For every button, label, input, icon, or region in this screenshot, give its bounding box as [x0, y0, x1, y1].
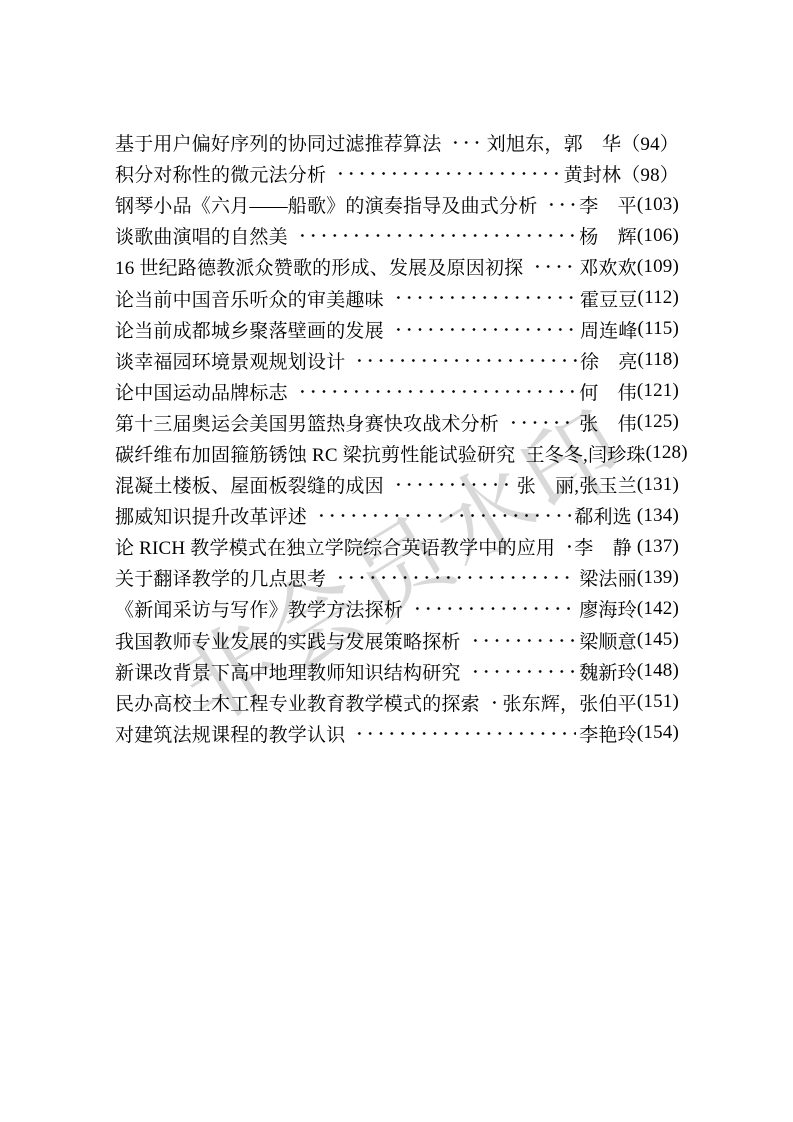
entry-title: 新课改背景下高中地理教师知识结构研究 [115, 658, 461, 685]
entry-page-number: (134) [632, 505, 679, 527]
entry-authors: 霍豆豆 [580, 285, 638, 312]
dot-leader [391, 282, 577, 313]
entry-title: 论 RICH 教学模式在独立学院综合英语教学中的应用 [115, 533, 555, 560]
entry-title: 论当前中国音乐听众的审美趣味 [115, 285, 384, 312]
entry-authors: 王冬冬,闫珍珠 [525, 440, 645, 467]
entry-authors: 李 静 [574, 533, 632, 560]
entry-authors: 周连峰 [580, 316, 638, 343]
toc-entry: 16 世纪路德教派众赞歌的形成、发展及原因初探 邓欢欢 (109) [115, 251, 679, 282]
entry-page-number: (118) [638, 349, 679, 371]
entry-page-number: (112) [638, 287, 679, 309]
entry-authors: 刘旭东，郭 华 [487, 129, 621, 156]
entry-title: 积分对称性的微元法分析 [115, 160, 326, 187]
entry-page-number: (128) [646, 442, 688, 464]
toc-entry: 对建筑法规课程的教学认识 李艳玲 (154) [115, 718, 679, 749]
entry-page-number: (106) [637, 225, 679, 247]
toc-entry: 新课改背景下高中地理教师知识结构研究 魏新玲 (148) [115, 656, 679, 687]
toc-entry: 碳纤维布加固箍筋锈蚀 RC 梁抗剪性能试验研究 王冬冬,闫珍珠 (128) [115, 438, 679, 469]
document-page: 非会员水印 基于用户偏好序列的协同过滤推荐算法 刘旭东，郭 华 （94） 积分对… [0, 0, 793, 1122]
entry-authors: 李 平 [579, 191, 637, 218]
toc-entry: 基于用户偏好序列的协同过滤推荐算法 刘旭东，郭 华 （94） [115, 127, 679, 158]
dot-leader [468, 625, 577, 656]
entry-page-number: (142) [637, 598, 679, 620]
dot-leader [295, 376, 576, 407]
toc-entry: 论 RICH 教学模式在独立学院综合英语教学中的应用 李 静 (137) [115, 531, 679, 562]
entry-authors: 张 伟 [579, 409, 637, 436]
entry-title: 碳纤维布加固箍筋锈蚀 RC 梁抗剪性能试验研究 [115, 440, 515, 467]
entry-title: 关于翻译教学的几点思考 [115, 564, 326, 591]
toc-entry: 谈幸福园环境景观规划设计 徐 亮 (118) [115, 345, 679, 376]
entry-authors: 杨 辉 [579, 222, 637, 249]
entry-title: 第十三届奥运会美国男篮热身赛快攻战术分析 [115, 409, 499, 436]
entry-page-number: (125) [637, 411, 679, 433]
dot-leader [506, 407, 576, 438]
dot-leader [391, 314, 577, 345]
entry-title: 民办高校土木工程专业教育教学模式的探索 [115, 689, 480, 716]
dot-leader [391, 469, 514, 500]
entry-page-number: (139) [637, 567, 679, 589]
dot-leader [333, 158, 560, 189]
entry-page-number: (137) [632, 536, 679, 558]
dot-leader [314, 500, 571, 531]
entry-title: 论中国运动品牌标志 [115, 378, 288, 405]
dot-leader [562, 531, 571, 562]
entry-title: 对建筑法规课程的教学认识 [115, 720, 345, 747]
entry-authors: 魏新玲 [579, 658, 637, 685]
entry-page-number: (121) [637, 380, 679, 402]
entry-title: 《新闻采访与写作》教学方法探析 [115, 595, 403, 622]
toc-entry: 《新闻采访与写作》教学方法探析 廖海玲 (142) [115, 593, 679, 624]
entry-authors: 张 丽,张玉兰 [517, 471, 637, 498]
table-of-contents: 基于用户偏好序列的协同过滤推荐算法 刘旭东，郭 华 （94） 积分对称性的微元法… [115, 127, 679, 749]
entry-authors: 张东辉，张伯平 [502, 689, 636, 716]
toc-entry: 论当前中国音乐听众的审美趣味 霍豆豆 (112) [115, 282, 679, 313]
toc-entry: 关于翻译教学的几点思考 梁法丽 (139) [115, 562, 679, 593]
toc-entry: 积分对称性的微元法分析 黄封林 （98） [115, 158, 679, 189]
entry-page-number: (103) [637, 194, 679, 216]
entry-title: 钢琴小品《六月——船歌》的演奏指导及曲式分析 [115, 191, 537, 218]
dot-leader [487, 687, 500, 718]
toc-entry: 钢琴小品《六月——船歌》的演奏指导及曲式分析 李 平 (103) [115, 189, 679, 220]
entry-authors: 徐 亮 [580, 347, 638, 374]
entry-title: 混凝土楼板、屋面板裂缝的成因 [115, 471, 384, 498]
toc-entry: 挪威知识提升改革评述 郗利选 (134) [115, 500, 679, 531]
dot-leader [468, 656, 577, 687]
entry-title: 论当前成都城乡聚落壁画的发展 [115, 316, 384, 343]
entry-authors: 何 伟 [579, 378, 637, 405]
entry-authors: 廖海玲 [579, 595, 637, 622]
entry-authors: 邓欢欢 [579, 253, 637, 280]
entry-page-number: （98） [621, 160, 679, 187]
entry-title: 16 世纪路德教派众赞歌的形成、发展及原因初探 [115, 253, 523, 280]
entry-page-number: (115) [638, 318, 679, 340]
toc-entry: 民办高校土木工程专业教育教学模式的探索 张东辉，张伯平 (151) [115, 687, 679, 718]
dot-leader [530, 251, 576, 282]
entry-page-number: (151) [637, 691, 679, 713]
entry-title: 谈幸福园环境景观规划设计 [115, 347, 345, 374]
entry-title: 挪威知识提升改革评述 [115, 502, 307, 529]
entry-page-number: (131) [637, 474, 679, 496]
toc-entry: 我国教师专业发展的实践与发展策略探析 梁顺意 (145) [115, 625, 679, 656]
dot-leader [448, 127, 483, 158]
entry-authors: 黄封林 [564, 160, 622, 187]
dot-leader [544, 189, 576, 220]
entry-page-number: (109) [637, 256, 679, 278]
dot-leader [295, 220, 576, 251]
entry-page-number: (154) [637, 722, 679, 744]
entry-title: 谈歌曲演唱的自然美 [115, 222, 288, 249]
toc-entry: 谈歌曲演唱的自然美 杨 辉 (106) [115, 220, 679, 251]
entry-page-number: (145) [637, 629, 679, 651]
dot-leader [352, 718, 576, 749]
dot-leader [352, 345, 577, 376]
entry-page-number: （94） [621, 129, 679, 156]
entry-authors: 郗利选 [574, 502, 632, 529]
entry-title: 基于用户偏好序列的协同过滤推荐算法 [115, 129, 441, 156]
dot-leader [333, 562, 576, 593]
entry-page-number: (148) [637, 660, 679, 682]
toc-entry: 论当前成都城乡聚落壁画的发展 周连峰 (115) [115, 314, 679, 345]
toc-entry: 第十三届奥运会美国男篮热身赛快攻战术分析 张 伟 (125) [115, 407, 679, 438]
toc-entry: 混凝土楼板、屋面板裂缝的成因 张 丽,张玉兰 (131) [115, 469, 679, 500]
toc-entry: 论中国运动品牌标志 何 伟 (121) [115, 376, 679, 407]
entry-title: 我国教师专业发展的实践与发展策略探析 [115, 627, 461, 654]
entry-authors: 梁顺意 [579, 627, 637, 654]
entry-authors: 梁法丽 [579, 564, 637, 591]
entry-authors: 李艳玲 [579, 720, 637, 747]
dot-leader [410, 593, 576, 624]
